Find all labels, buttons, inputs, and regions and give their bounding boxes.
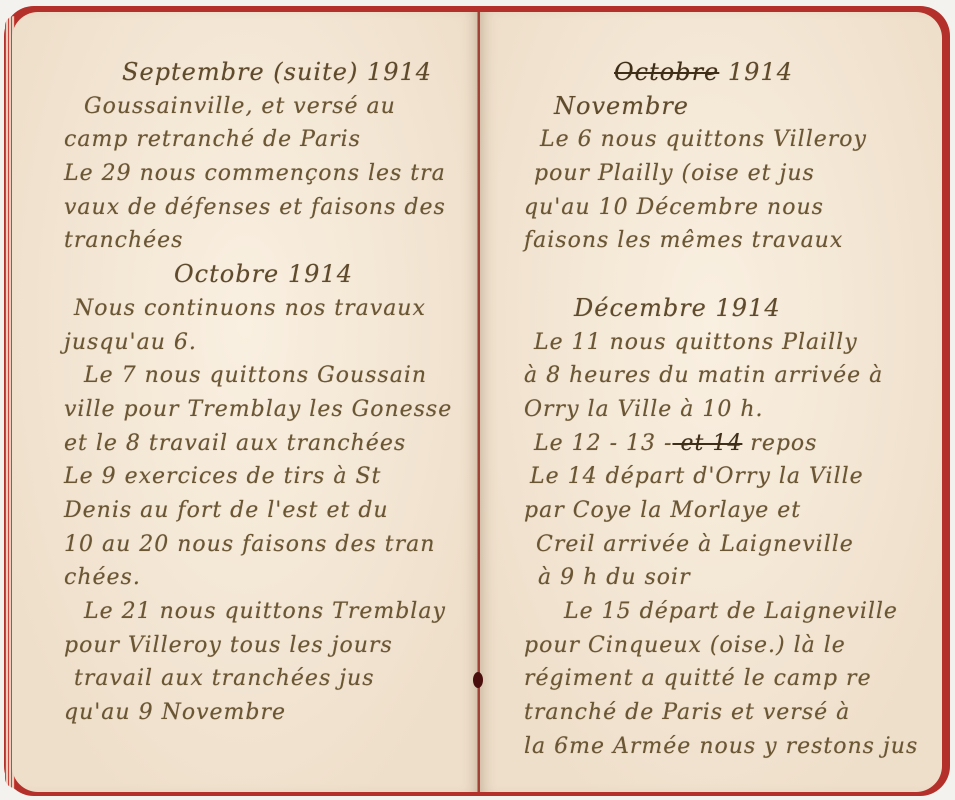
handwritten-line: Le 14 départ d'Orry la Ville [524, 460, 942, 494]
line-text: Novembre [554, 92, 689, 120]
line-text: faisons les mêmes travaux [524, 228, 843, 253]
line-text: Denis au fort de l'est et du [64, 498, 389, 523]
handwritten-heading: Octobre 1914 [524, 56, 942, 90]
handwritten-line: Goussainville, et versé au [64, 90, 478, 124]
handwritten-line: et le 8 travail aux tranchées [64, 427, 478, 461]
handwritten-line: Le 12 - 13 - et 14 repos [524, 427, 942, 461]
handwritten-line: Le 21 nous quittons Tremblay [64, 595, 478, 629]
line-text: Le 6 nous quittons Villeroy [540, 127, 867, 152]
handwritten-line: travail aux tranchées jus [64, 662, 478, 696]
line-text: chées. [64, 565, 141, 590]
handwritten-line: ville pour Tremblay les Gonesse [64, 393, 478, 427]
line-text: Nous continuons nos travaux [74, 296, 426, 321]
handwritten-line: qu'au 9 Novembre [64, 696, 478, 730]
handwritten-line: Le 15 départ de Laigneville [524, 595, 942, 629]
handwritten-line: par Coye la Morlaye et [524, 494, 942, 528]
handwritten-line [524, 258, 942, 292]
handwritten-line: Creil arrivée à Laigneville [524, 528, 942, 562]
line-text: vaux de défenses et faisons des [64, 195, 446, 220]
handwritten-line: faisons les mêmes travaux [524, 224, 942, 258]
handwritten-line: Le 11 nous quittons Plailly [524, 326, 942, 360]
handwritten-line: régiment a quitté le camp re [524, 662, 942, 696]
handwritten-line: à 8 heures du matin arrivée à [524, 359, 942, 393]
line-text: Septembre (suite) 1914 [122, 58, 432, 86]
line-text: travail aux tranchées jus [74, 666, 375, 691]
line-text: Le 11 nous quittons Plailly [534, 330, 858, 355]
handwritten-line: 10 au 20 nous faisons des tran [64, 528, 478, 562]
handwritten-line: Le 9 exercices de tirs à St [64, 460, 478, 494]
handwritten-heading: Octobre 1914 [64, 258, 478, 292]
handwritten-line: qu'au 10 Décembre nous [524, 191, 942, 225]
handwritten-heading: Septembre (suite) 1914 [64, 56, 478, 90]
line-text-suffix: 1914 [719, 58, 793, 86]
line-text: régiment a quitté le camp re [524, 666, 872, 691]
handwritten-line: chées. [64, 561, 478, 595]
line-text: à 9 h du soir [538, 565, 691, 590]
handwritten-line: vaux de défenses et faisons des [64, 191, 478, 225]
handwritten-line: pour Plailly (oise et jus [524, 157, 942, 191]
handwritten-line: pour Cinqueux (oise.) là le [524, 629, 942, 663]
line-text: 10 au 20 nous faisons des tran [64, 532, 435, 557]
handwritten-line: tranchées [64, 224, 478, 258]
open-notebook: Septembre (suite) 1914Goussainville, et … [0, 0, 955, 800]
line-text: et le 8 travail aux tranchées [64, 431, 406, 456]
line-text: ville pour Tremblay les Gonesse [64, 397, 452, 422]
handwritten-heading: Novembre [524, 90, 942, 124]
line-text: Le 29 nous commençons les tra [64, 161, 446, 186]
line-text: pour Villeroy tous les jours [64, 633, 393, 658]
line-text: qu'au 9 Novembre [64, 700, 286, 725]
line-text: par Coye la Morlaye et [524, 498, 801, 523]
right-page: Octobre 1914NovembreLe 6 nous quittons V… [480, 12, 942, 792]
line-text: tranché de Paris et versé à [524, 700, 850, 725]
handwritten-line: la 6me Armée nous y restons jus [524, 730, 942, 764]
line-text: Octobre 1914 [174, 260, 353, 288]
line-text: Le 12 - 13 - [534, 431, 672, 456]
line-text: la 6me Armée nous y restons jus [524, 734, 918, 759]
line-text: tranchées [64, 228, 183, 253]
handwritten-line: jusqu'au 6. [64, 326, 478, 360]
binding-thread-knot [473, 672, 483, 688]
line-text: qu'au 10 Décembre nous [524, 195, 824, 220]
struck-out-word: et 14 [672, 431, 742, 456]
handwritten-line: pour Villeroy tous les jours [64, 629, 478, 663]
line-text: Décembre 1914 [574, 294, 781, 322]
line-text: Goussainville, et versé au [84, 94, 396, 119]
line-text: Le 14 départ d'Orry la Ville [530, 464, 864, 489]
handwritten-line: tranché de Paris et versé à [524, 696, 942, 730]
line-text: camp retranché de Paris [64, 127, 361, 152]
line-text: Le 7 nous quittons Goussain [84, 363, 427, 388]
handwritten-line: camp retranché de Paris [64, 123, 478, 157]
handwritten-line: Orry la Ville à 10 h. [524, 393, 942, 427]
struck-out-word: Octobre [614, 58, 719, 86]
right-page-text: Octobre 1914NovembreLe 6 nous quittons V… [480, 12, 942, 763]
handwritten-line: Le 7 nous quittons Goussain [64, 359, 478, 393]
left-page-text: Septembre (suite) 1914Goussainville, et … [12, 12, 478, 730]
line-text: Creil arrivée à Laigneville [536, 532, 854, 557]
handwritten-line: à 9 h du soir [524, 561, 942, 595]
line-text: à 8 heures du matin arrivée à [524, 363, 883, 388]
handwritten-line: Le 6 nous quittons Villeroy [524, 123, 942, 157]
line-text: Le 9 exercices de tirs à St [64, 464, 381, 489]
handwritten-line: Denis au fort de l'est et du [64, 494, 478, 528]
line-text: Le 15 départ de Laigneville [564, 599, 898, 624]
line-text: jusqu'au 6. [64, 330, 197, 355]
handwritten-line: Le 29 nous commençons les tra [64, 157, 478, 191]
handwritten-heading: Décembre 1914 [524, 292, 942, 326]
line-text: pour Plailly (oise et jus [534, 161, 815, 186]
line-text: Orry la Ville à 10 h. [524, 397, 764, 422]
line-text: Le 21 nous quittons Tremblay [84, 599, 446, 624]
line-text: pour Cinqueux (oise.) là le [524, 633, 846, 658]
left-page: Septembre (suite) 1914Goussainville, et … [12, 12, 478, 792]
handwritten-line: Nous continuons nos travaux [64, 292, 478, 326]
line-text-suffix: repos [742, 431, 817, 456]
